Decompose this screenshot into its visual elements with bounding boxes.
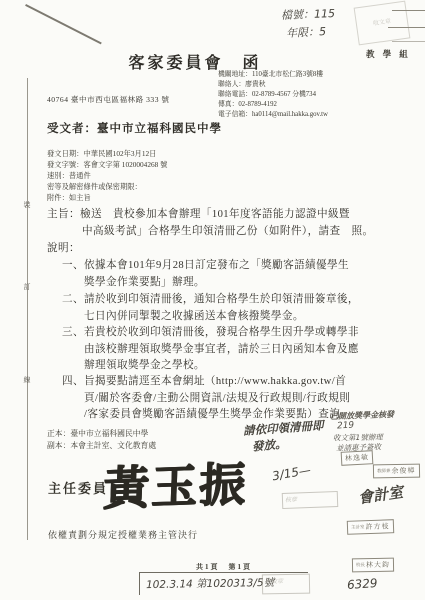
name-stamp: 主計室許方枝 <box>347 519 394 535</box>
binding-mark: 線 <box>21 375 33 385</box>
agency-contact: 聯絡人：廖貴秋 <box>218 80 266 90</box>
handwritten-date-mark: 3/15— <box>271 463 312 484</box>
name-stamp: 教師兼余俊樟 <box>373 464 420 479</box>
name-stamp: 林逸敏 <box>341 450 374 466</box>
explanation-item-3: 由該校辦理領取獎學金事宜者，請於三日內函知本會及應 <box>84 341 359 356</box>
binding-mark: 訂 <box>21 282 33 292</box>
subject-line-2: 中高級考試」合格學生印領清冊乙份（如附件），請查 照。 <box>82 223 374 238</box>
speed-class: 速別：普通件 <box>47 170 91 181</box>
stamp-prefix: 校長 <box>356 563 365 568</box>
scanned-official-letter: 裝 訂 線 檔號：115 年限：5 收文章 教 學 組 客家委員會 函 機關地址… <box>0 0 425 600</box>
signature-calligraphy: 黃玉振 <box>102 447 248 518</box>
handwritten-file-number: 檔號：115 <box>281 5 336 23</box>
agency-address: 機關地址：110臺北市松仁路3號8樓 <box>218 70 323 80</box>
handwritten-note: 219 <box>337 421 355 432</box>
faint-receive-stamp: 收文章 <box>354 1 411 46</box>
stamp-name: 林大鈞 <box>366 561 390 569</box>
agency-fax: 傳真：02-8789-4192 <box>218 100 277 110</box>
issue-date: 發文日期：中華民國102年3月12日 <box>47 148 156 159</box>
binding-mark: 裝 <box>21 200 33 210</box>
recipient-line: 受文者：臺中市立福科國民中學 <box>47 120 222 136</box>
security-class: 密等及解密條件或保密期限： <box>47 181 142 192</box>
explanation-item-2: 七日內併同掣製之收據函送本會核撥獎學金。 <box>84 308 304 323</box>
ruled-line <box>388 27 425 28</box>
handwritten-receive-number: 102.3.14 第1020313/5號 <box>146 575 274 592</box>
stamp-prefix: 教師兼 <box>377 469 391 474</box>
explanation-item-3: 三、若貴校於收到印領清冊後，發現合格學生因升學或轉學非 <box>62 324 359 339</box>
recipient-mailing-address: 40764 臺中市西屯區福林路 333 號 <box>47 94 170 105</box>
stamp-name: 余俊樟 <box>391 467 415 475</box>
agency-email: 電子信箱：ha0114@mail.hakka.gov.tw <box>218 110 328 120</box>
issue-number: 發文字號：客會文字第 1020004268 號 <box>47 159 167 170</box>
signer-title: 主任委員 <box>48 478 108 497</box>
department-stamp: 教 學 組 <box>366 48 411 60</box>
explanation-item-3: 辦理領取獎學金之學校。 <box>84 357 205 372</box>
binding-margin-line <box>27 78 28 540</box>
explanation-item-4: 頁/關於客委會/主動公開資訊/法規及行政規則/行政規則 <box>84 390 350 405</box>
handwritten-routing: 會計室 <box>357 481 405 508</box>
explanation-item-1: 獎學金作業要點」辦理。 <box>84 274 205 289</box>
explanation-item-4: 四、旨揭要點請逕至本會網址（http://www.hakka.gov.tw/首 <box>62 373 346 388</box>
pen-slash-mark <box>25 4 101 44</box>
page-count: 共1頁 第1頁 <box>196 562 252 572</box>
faint-receipt-stamp: 點收章 <box>262 574 310 595</box>
distribution-original: 正本：臺中市立福科國民中學 <box>47 428 148 440</box>
explanation-label: 說明： <box>47 240 80 255</box>
handwritten-number: 6329 <box>347 576 378 592</box>
stamp-name: 許方枝 <box>365 522 389 531</box>
handwritten-retention: 年限：5 <box>286 23 327 41</box>
handwritten-note: 發放。 <box>251 435 287 455</box>
subject-line-1: 主旨：檢送 貴校參加本會辦理「101年度客語能力認證中級暨 <box>47 206 350 221</box>
agency-phone: 聯絡電話：02-8789-4567 分機734 <box>218 90 316 100</box>
attachment-note: 附件：如主旨 <box>47 192 91 203</box>
explanation-item-2: 二、請於收到印領清冊後，通知合格學生於印領清冊簽章後， <box>62 291 359 306</box>
explanation-item-1: 一、依據本會101年9月28日訂定發布之「獎勵客語績優學生 <box>62 257 349 272</box>
handwritten-note: 已開放獎學金核發 <box>330 409 394 422</box>
faint-approval-stamp: 核章 <box>282 491 339 509</box>
ruled-line <box>392 41 425 42</box>
name-stamp: 校長林大鈞 <box>352 558 394 573</box>
stamp-prefix: 主計室 <box>351 525 365 530</box>
ruled-line <box>392 10 425 11</box>
delegation-note: 依權責劃分規定授權業務主管決行 <box>48 528 198 541</box>
